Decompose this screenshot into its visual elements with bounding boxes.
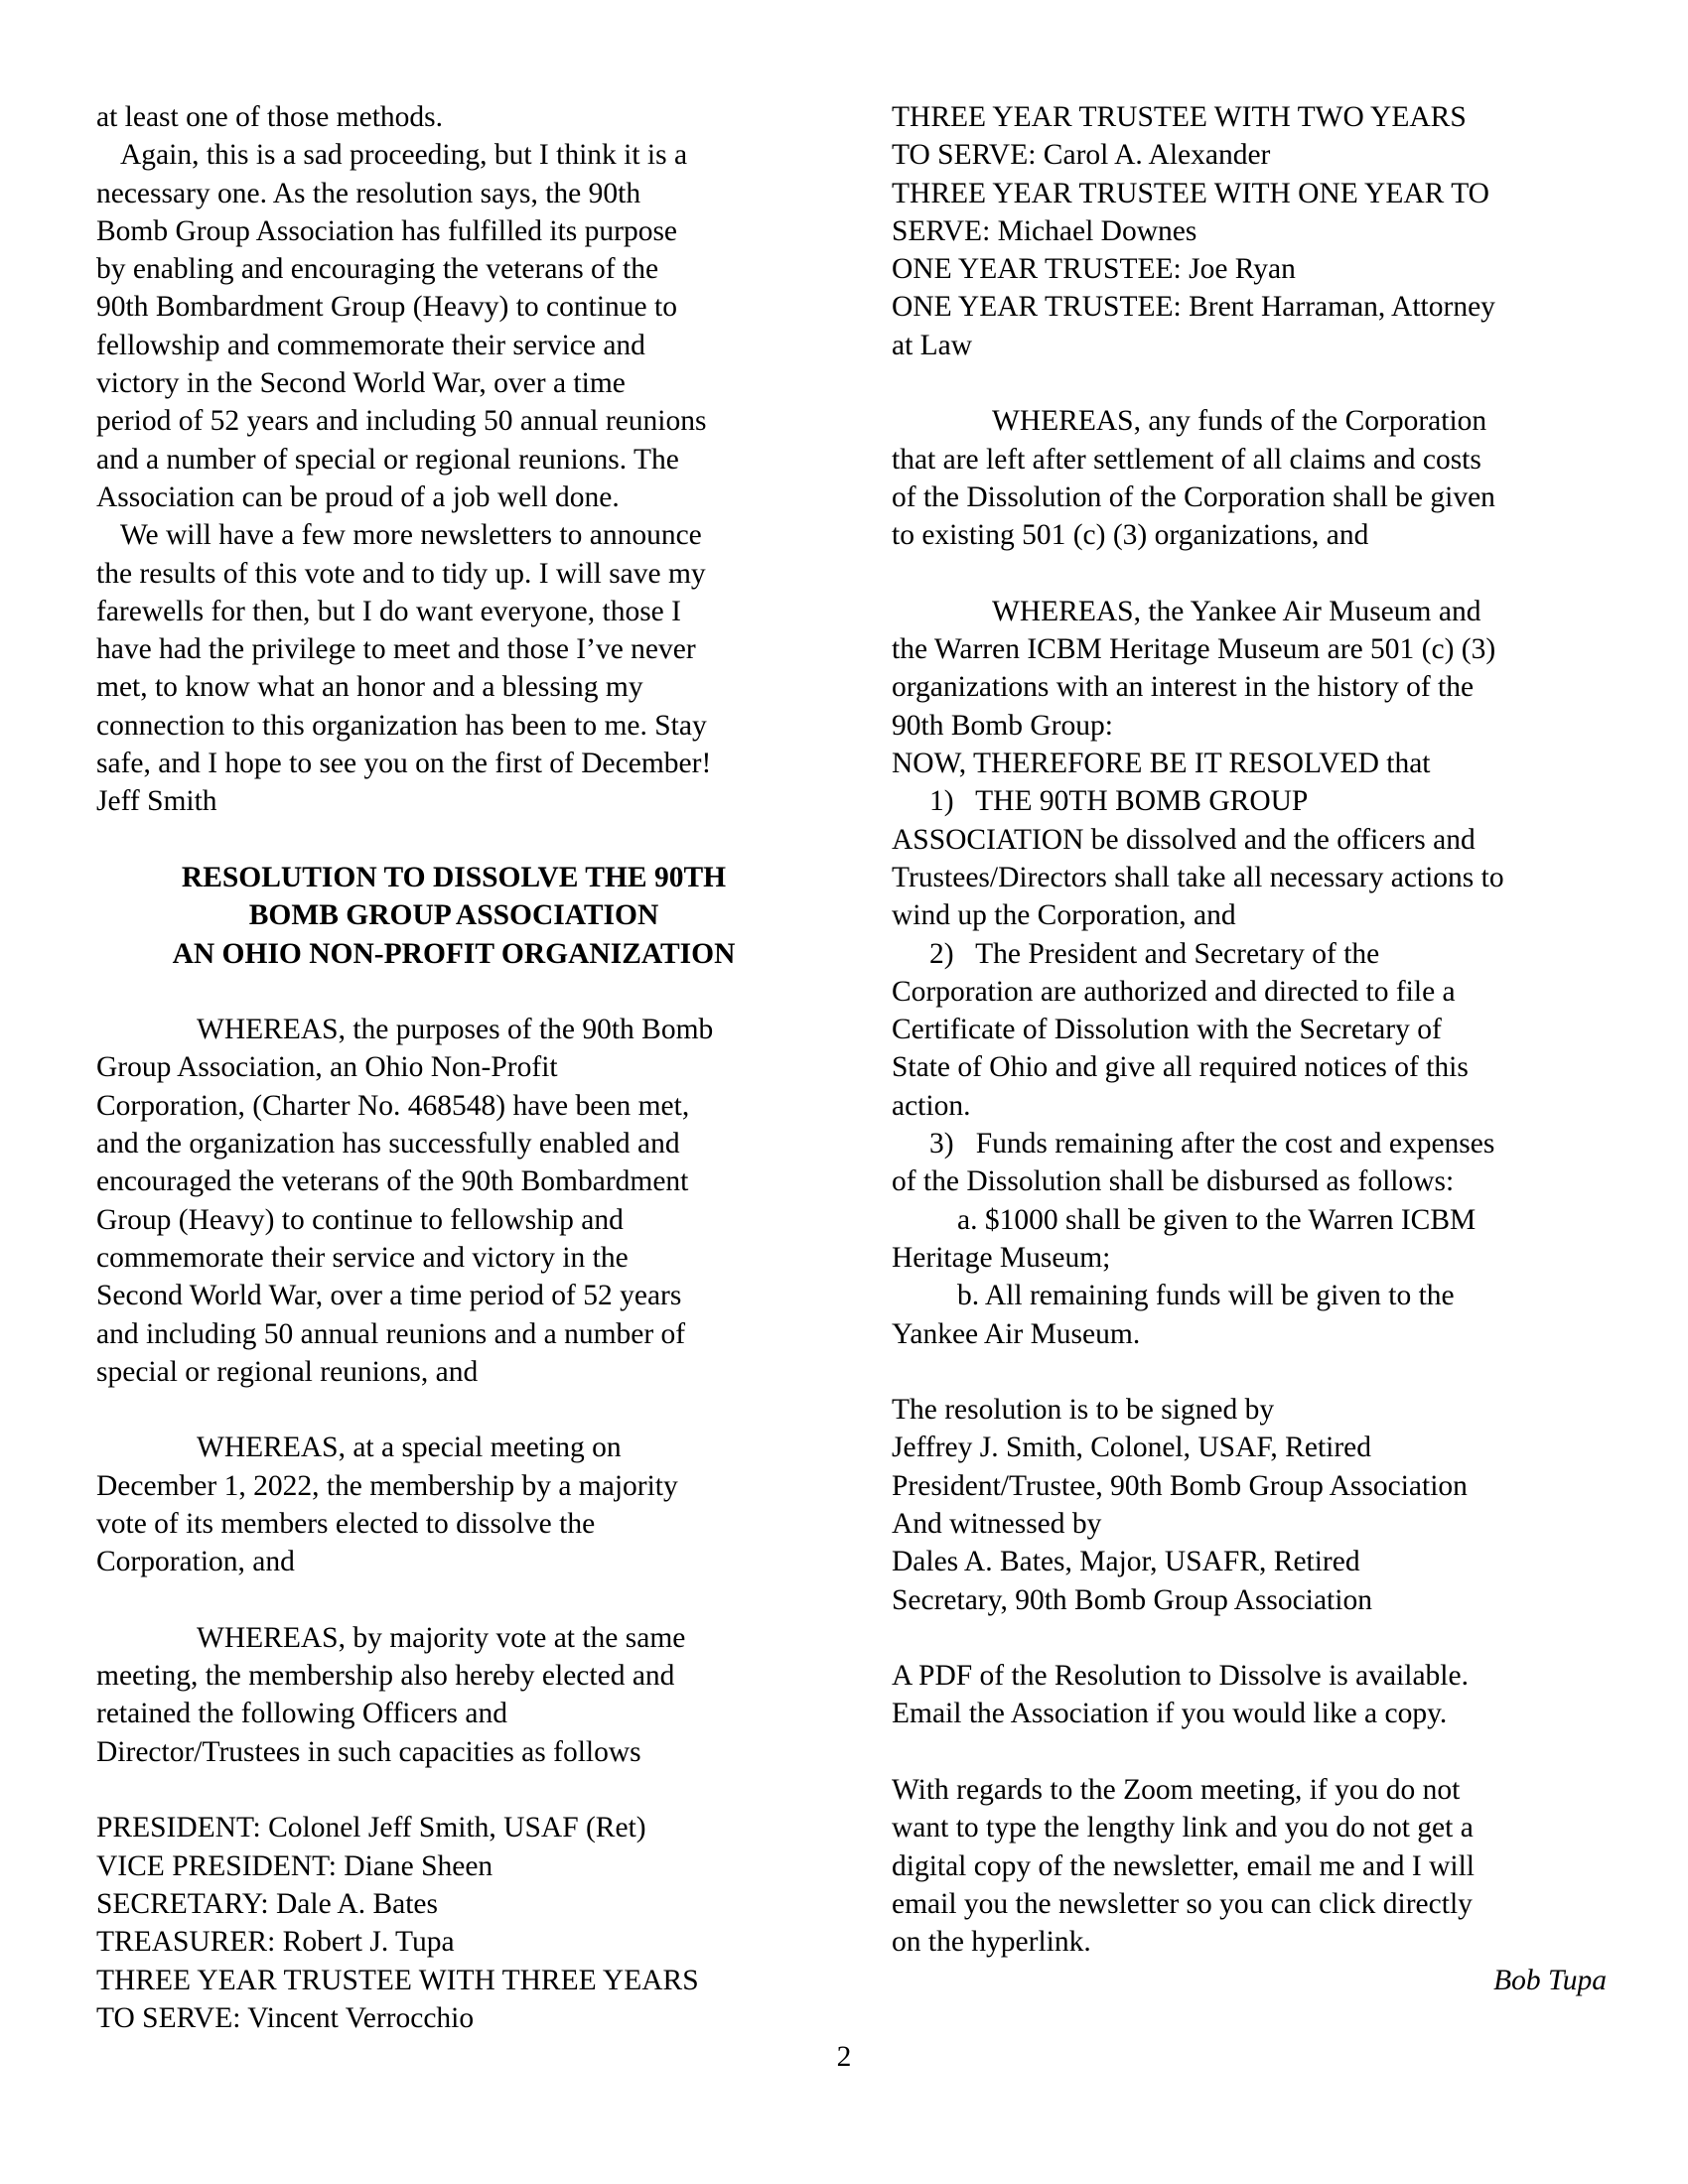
whereas-clause-2: WHEREAS, at a special meeting on Decembe… [96, 1429, 811, 1580]
whereas-clause-5: WHEREAS, the Yankee Air Museum and the W… [892, 593, 1607, 745]
right-column: THREE YEAR TRUSTEE WITH TWO YEARS TO SER… [892, 98, 1607, 1999]
whereas-clause-3: WHEREAS, by majority vote at the same me… [96, 1619, 811, 1771]
officer-secretary: SECRETARY: Dale A. Bates [96, 1885, 811, 1923]
resolution-heading: RESOLUTION TO DISSOLVE THE 90TH BOMB GRO… [96, 859, 811, 973]
trustee-one-year-1: ONE YEAR TRUSTEE: Joe Ryan [892, 250, 1607, 288]
resolved-item-1: 1) THE 90TH BOMB GROUP ASSOCIATION be di… [892, 782, 1607, 934]
letter-continuation: at least one of those methods. [96, 98, 811, 136]
left-column: at least one of those methods. Again, th… [96, 98, 811, 2037]
whereas-clause-4: WHEREAS, any funds of the Corporation th… [892, 402, 1607, 554]
resolved-item-3: 3) Funds remaining after the cost and ex… [892, 1125, 1607, 1201]
zoom-meeting-note: With regards to the Zoom meeting, if you… [892, 1771, 1607, 1961]
letter-signature: Jeff Smith [96, 782, 811, 820]
whereas-clause-1: WHEREAS, the purposes of the 90th Bomb G… [96, 1011, 811, 1391]
pdf-availability-note: A PDF of the Resolution to Dissolve is a… [892, 1657, 1607, 1733]
resolved-intro: NOW, THEREFORE BE IT RESOLVED that [892, 745, 1607, 782]
resolved-item-2: 2) The President and Secretary of the Co… [892, 935, 1607, 1125]
disbursement-b: b. All remaining funds will be given to … [892, 1277, 1607, 1353]
officer-president: PRESIDENT: Colonel Jeff Smith, USAF (Ret… [96, 1809, 811, 1846]
disbursement-a: a. $1000 shall be given to the Warren IC… [892, 1201, 1607, 1278]
officer-treasurer: TREASURER: Robert J. Tupa [96, 1923, 811, 1961]
officer-vice-president: VICE PRESIDENT: Diane Sheen [96, 1847, 811, 1885]
letter-paragraph-2: Again, this is a sad proceeding, but I t… [96, 136, 811, 516]
letter-paragraph-3: We will have a few more newsletters to a… [96, 516, 811, 782]
page-number: 2 [0, 2041, 1688, 2074]
trustee-one-year-2: ONE YEAR TRUSTEE: Brent Harraman, Attorn… [892, 288, 1607, 326]
signing-block: The resolution is to be signed by Jeffre… [892, 1391, 1607, 1619]
trustees-list: THREE YEAR TRUSTEE WITH TWO YEARS TO SER… [892, 98, 1607, 364]
officers-list: PRESIDENT: Colonel Jeff Smith, USAF (Ret… [96, 1809, 811, 2037]
trustee-two-years: THREE YEAR TRUSTEE WITH TWO YEARS [892, 98, 1607, 136]
trustee-three-years: THREE YEAR TRUSTEE WITH THREE YEARS [96, 1962, 811, 1999]
trustee-one-year-remaining: THREE YEAR TRUSTEE WITH ONE YEAR TO [892, 175, 1607, 212]
author-signature: Bob Tupa [892, 1962, 1607, 1999]
